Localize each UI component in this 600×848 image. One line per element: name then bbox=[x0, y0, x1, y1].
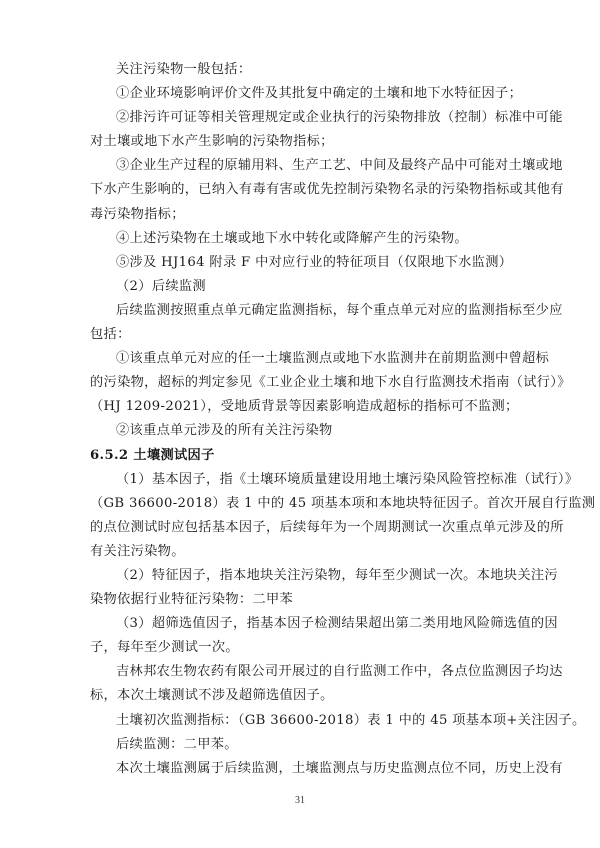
paragraph-line: 的点位测试时应包括基本因子，后续每年为一个周期测试一次重点单元涉及的所 bbox=[90, 516, 512, 540]
paragraph-line: 关注污染物一般包括： bbox=[90, 58, 512, 82]
paragraph-line: （GB 36600-2018）表 1 中的 45 项基本项和本地块特征因子。首次… bbox=[90, 492, 512, 516]
paragraph-line: （3）超筛选值因子，指基本因子检测结果超出第二类用地风险筛选值的因 bbox=[90, 612, 512, 636]
paragraph-line: （2）特征因子，指本地块关注污染物，每年至少测试一次。本地块关注污 bbox=[90, 564, 512, 588]
paragraph-line: 后续监测：二甲苯。 bbox=[90, 733, 512, 757]
paragraph-line: 土壤初次监测指标：（GB 36600-2018）表 1 中的 45 项基本项+关… bbox=[90, 709, 512, 733]
paragraph-line: ⑤涉及 HJ164 附录 F 中对应行业的特征项目（仅限地下水监测） bbox=[90, 251, 512, 275]
paragraph-line: 子，每年至少测试一次。 bbox=[90, 636, 512, 660]
document-page: 关注污染物一般包括：①企业环境影响评价文件及其批复中确定的土壤和地下水特征因子；… bbox=[0, 0, 600, 848]
paragraph-line: ①该重点单元对应的任一土壤监测点或地下水监测井在前期监测中曾超标 bbox=[90, 347, 512, 371]
document-body: 关注污染物一般包括：①企业环境影响评价文件及其批复中确定的土壤和地下水特征因子；… bbox=[90, 58, 512, 781]
paragraph-line: ②排污许可证等相关管理规定或企业执行的污染物排放（控制）标准中可能 bbox=[90, 106, 512, 130]
paragraph-line: ①企业环境影响评价文件及其批复中确定的土壤和地下水特征因子； bbox=[90, 82, 512, 106]
paragraph-line: ②该重点单元涉及的所有关注污染物 bbox=[90, 419, 512, 443]
paragraph-line: 包括： bbox=[90, 323, 512, 347]
paragraph-line: （2）后续监测 bbox=[90, 275, 512, 299]
paragraph-line: （HJ 1209-2021），受地质背景等因素影响造成超标的指标可不监测； bbox=[90, 395, 512, 419]
paragraph-line: ③企业生产过程的原辅用料、生产工艺、中间及最终产品中可能对土壤或地 bbox=[90, 154, 512, 178]
paragraph-line: ④上述污染物在土壤或地下水中转化或降解产生的污染物。 bbox=[90, 227, 512, 251]
paragraph-line: 的污染物，超标的判定参见《工业企业土壤和地下水自行监测技术指南（试行）》 bbox=[90, 371, 512, 395]
page-number: 31 bbox=[0, 795, 600, 806]
paragraph-line: （1）基本因子，指《土壤环境质量建设用地土壤污染风险管控标准（试行）》 bbox=[90, 468, 512, 492]
paragraph-line: 染物依据行业特征污染物：二甲苯 bbox=[90, 588, 512, 612]
paragraph-line: 标，本次土壤测试不涉及超筛选值因子。 bbox=[90, 684, 512, 708]
paragraph-line: 有关注污染物。 bbox=[90, 540, 512, 564]
paragraph-line: 本次土壤监测属于后续监测，土壤监测点与历史监测点位不同，历史上没有 bbox=[90, 757, 512, 781]
paragraph-line: 对土壤或地下水产生影响的污染物指标； bbox=[90, 130, 512, 154]
paragraph-line: 下水产生影响的，已纳入有毒有害或优先控制污染物名录的污染物指标或其他有 bbox=[90, 178, 512, 202]
paragraph-line: 吉林邦农生物农药有限公司开展过的自行监测工作中，各点位监测因子均达 bbox=[90, 660, 512, 684]
section-heading: 6.5.2 土壤测试因子 bbox=[90, 444, 512, 468]
paragraph-line: 毒污染物指标； bbox=[90, 203, 512, 227]
paragraph-line: 后续监测按照重点单元确定监测指标，每个重点单元对应的监测指标至少应 bbox=[90, 299, 512, 323]
